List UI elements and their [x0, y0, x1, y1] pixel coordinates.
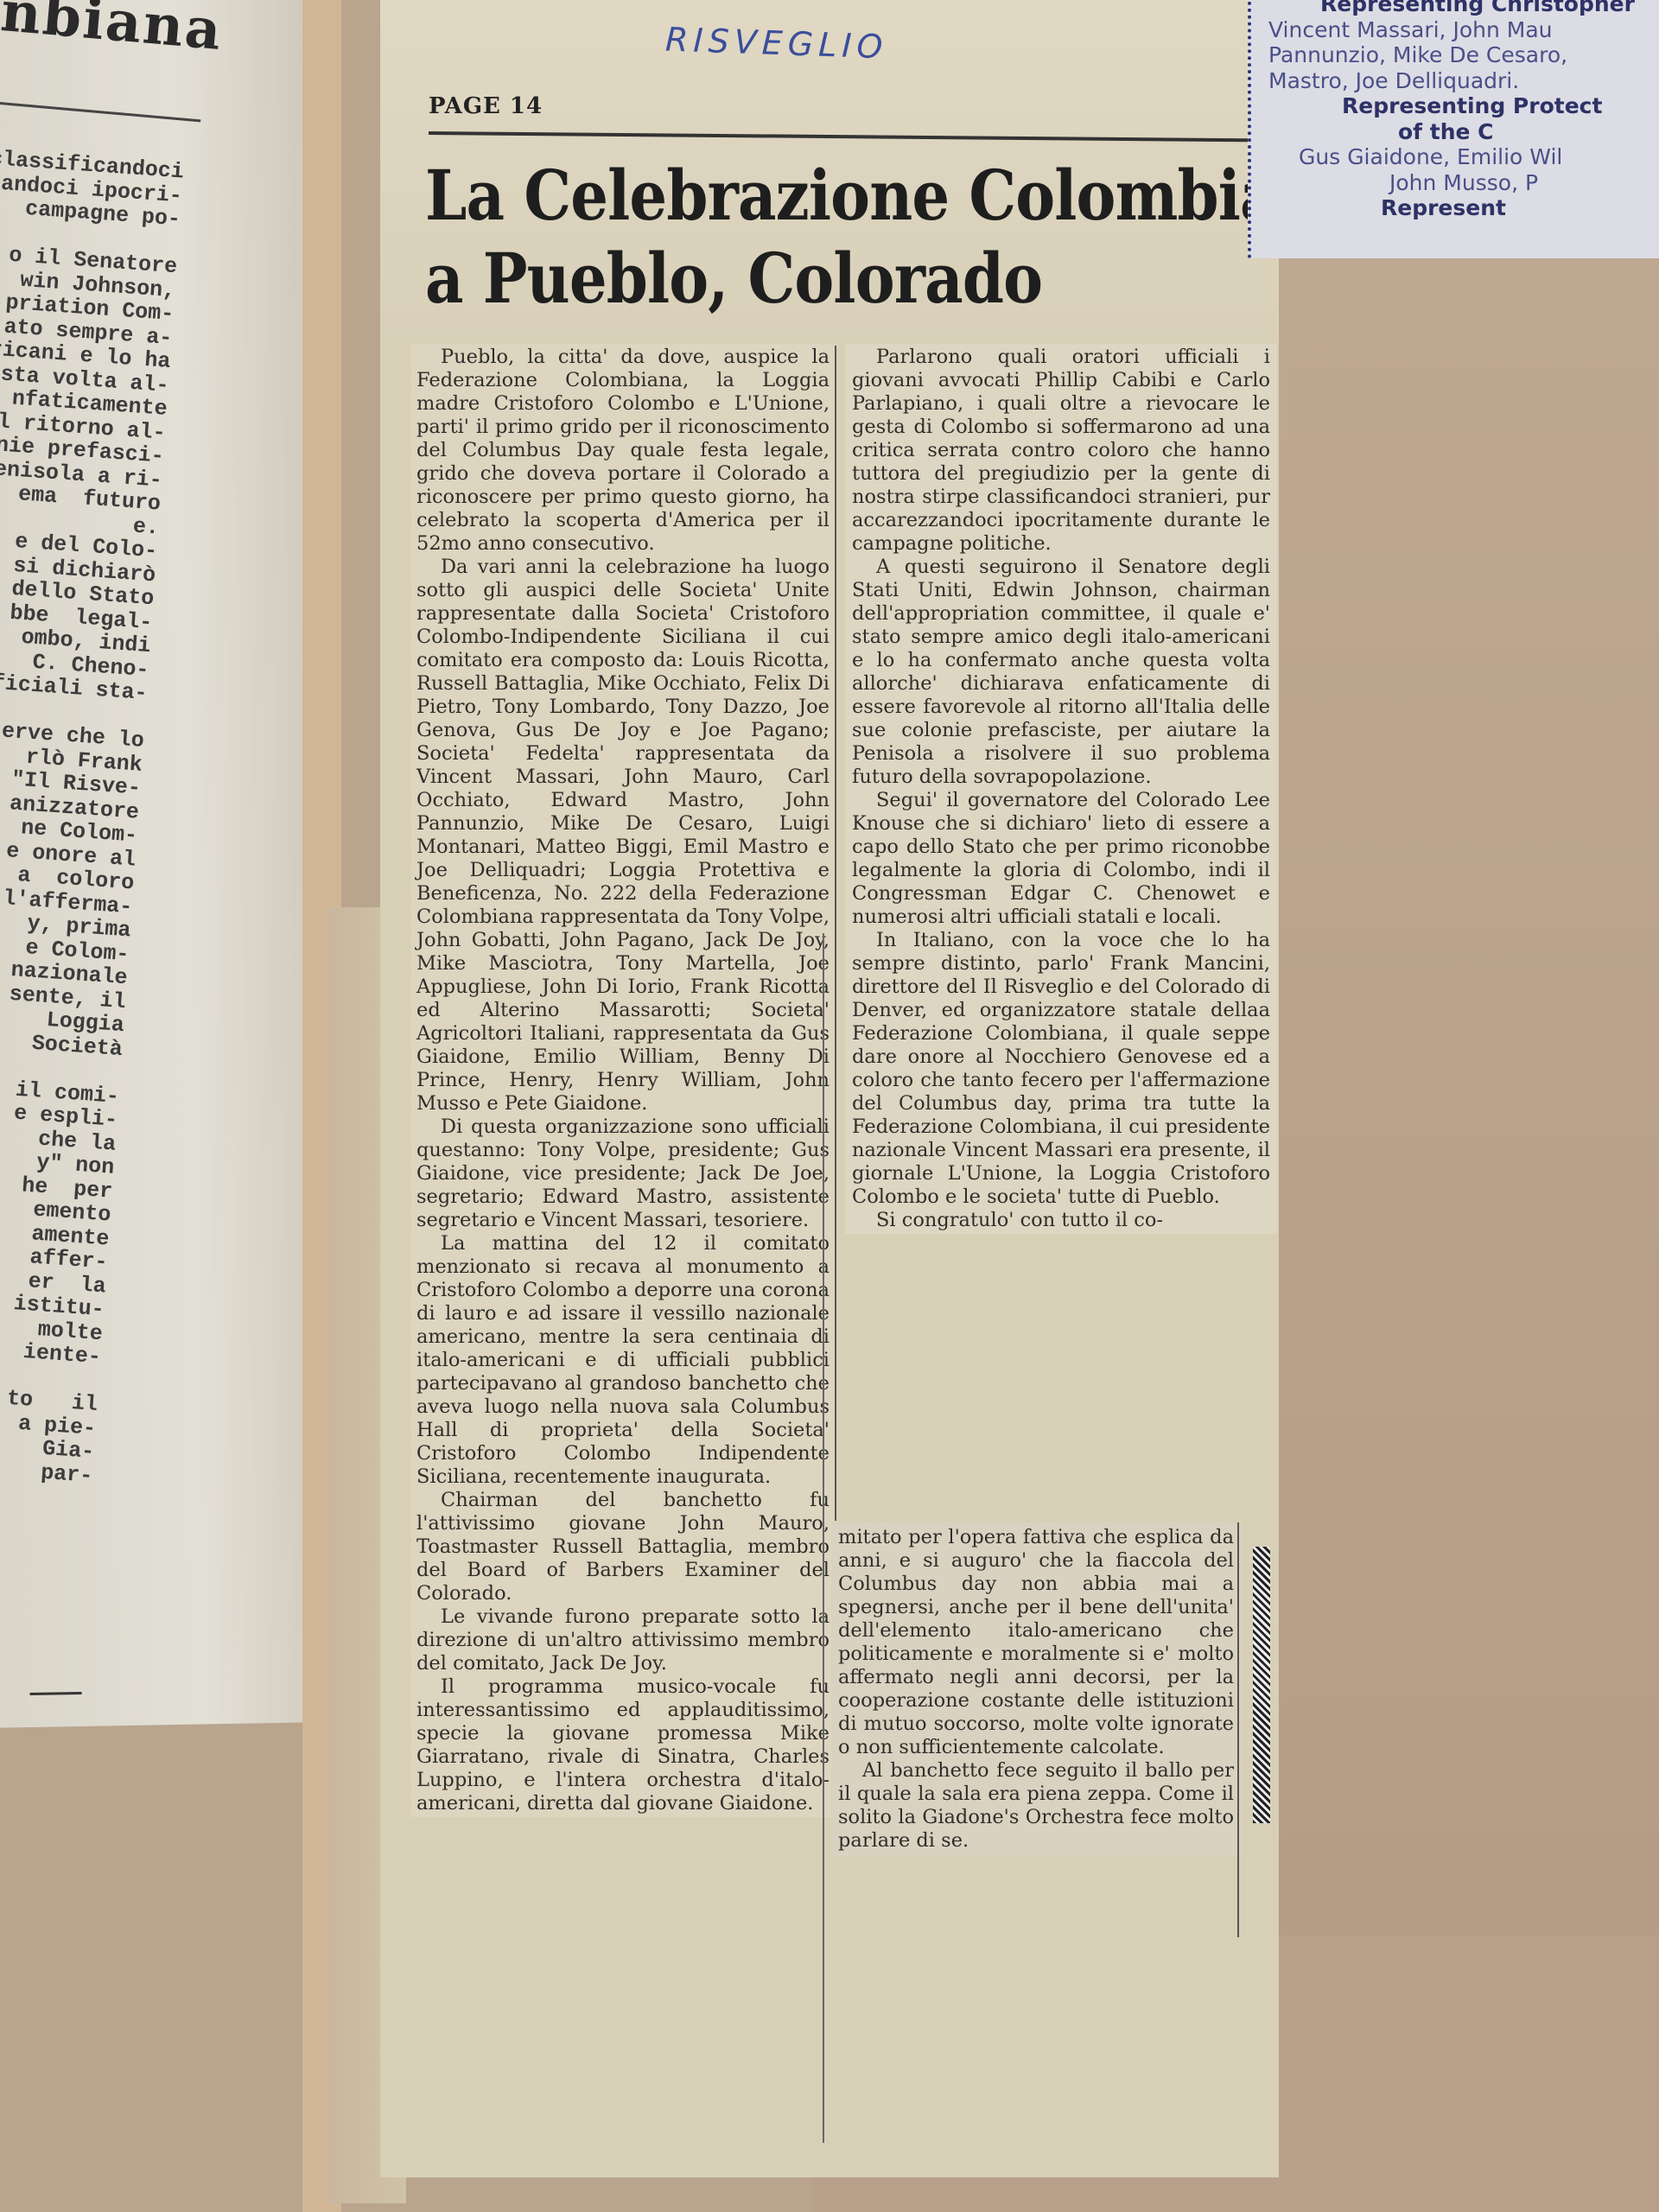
column-divider: [835, 346, 836, 1521]
card-line: Representing Protect: [1342, 93, 1602, 118]
article-paragraph: mitato per l'opera fattiva che esplica d…: [838, 1526, 1234, 1759]
article-paragraph: In Italiano, con la voce che lo ha sempr…: [852, 929, 1270, 1209]
article-paragraph: Le vivande furono preparate sotto la dir…: [416, 1605, 829, 1675]
left-clipping-text: classificandoci zandoci ipocri- campagne…: [0, 146, 185, 1488]
card-line: of the C: [1398, 119, 1494, 144]
card-line: Pannunzio, Mike De Cesaro,: [1268, 42, 1567, 67]
article-paragraph: Chairman del banchetto fu l'attivissimo …: [416, 1489, 829, 1605]
article-paragraph: La mattina del 12 il comitato menzionato…: [416, 1232, 829, 1489]
card-line: Represent: [1381, 195, 1506, 220]
left-clipping: nbiana classificandoci zandoci ipocri- c…: [0, 0, 341, 1728]
article-paragraph: Il programma musico-vocale fu interessan…: [416, 1675, 829, 1815]
left-clipping-end-rule: [30, 1692, 82, 1695]
article-column-2: Parlarono quali oratori ufficiali i giov…: [845, 344, 1277, 1234]
card-line: Gus Giaidone, Emilio Wil: [1299, 144, 1562, 169]
backing-board: [1279, 0, 1659, 2212]
article-paragraph: Al banchetto fece seguito il ballo per i…: [838, 1759, 1234, 1853]
article-paragraph: Di questa organizzazione sono ufficiali …: [416, 1116, 829, 1232]
article-paragraph: Si congratulo' con tutto il co-: [852, 1209, 1270, 1232]
article-paragraph: Da vari anni la celebrazione ha luogo so…: [416, 556, 829, 1116]
column-divider: [1237, 1522, 1239, 1937]
article-column-1: Pueblo, la citta' da dove, auspice la Fe…: [411, 344, 835, 1817]
card-line: Representing Christopher: [1320, 0, 1635, 16]
headline: La Celebrazione Colombiana a Pueblo, Col…: [425, 154, 1358, 320]
program-card: Representing ChristopherVincent Massari,…: [1248, 0, 1659, 258]
card-line: Vincent Massari, John Mau: [1268, 17, 1552, 42]
hatched-border: [1253, 1547, 1270, 1823]
left-clipping-header: nbiana: [0, 0, 226, 63]
article-column-3: mitato per l'opera fattiva che esplica d…: [831, 1522, 1241, 1856]
article-paragraph: Segui' il governatore del Colorado Lee K…: [852, 789, 1270, 929]
article-paragraph: A questi seguirono il Senatore degli Sta…: [852, 556, 1270, 789]
article-paragraph: Pueblo, la citta' da dove, auspice la Fe…: [416, 346, 829, 556]
left-clipping-rule: [0, 101, 200, 123]
handwritten-note: RISVEGLIO: [664, 21, 888, 67]
page-label: PAGE 14: [429, 93, 543, 119]
column-divider: [823, 933, 824, 2143]
card-line: Mastro, Joe Delliquadri.: [1268, 68, 1519, 93]
headline-line-1: La Celebrazione Colombiana: [425, 154, 1358, 237]
headline-line-2: a Pueblo, Colorado: [425, 237, 1358, 320]
card-line: John Musso, P: [1389, 170, 1538, 195]
article-paragraph: Parlarono quali oratori ufficiali i giov…: [852, 346, 1270, 556]
